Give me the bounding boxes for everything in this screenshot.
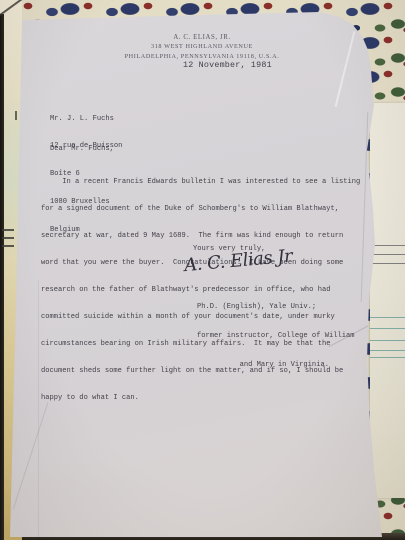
page-edge-mark (15, 111, 17, 120)
letter-date: 12 November, 1981 (183, 60, 272, 70)
paper-crease (38, 280, 39, 538)
page-edge-mark (2, 237, 14, 239)
paper-crease (361, 112, 369, 302)
ruled-line (370, 357, 405, 358)
letterhead: A. C. ELIAS, JR. 318 WEST HIGHLAND AVENU… (8, 33, 396, 61)
ruled-line (370, 317, 405, 318)
page-edge-mark (2, 229, 14, 231)
salutation: Dear Mr. Fuchs, (50, 145, 114, 153)
photo-of-letter: A. C. ELIAS, JR. 318 WEST HIGHLAND AVENU… (0, 0, 405, 540)
ruled-line (370, 340, 405, 341)
letter-sheet: A. C. ELIAS, JR. 318 WEST HIGHLAND AVENU… (8, 12, 396, 537)
body-line: for a signed document of the Duke of Sch… (41, 205, 360, 214)
ruled-line (370, 254, 405, 255)
book-spine-edge (0, 14, 4, 540)
body-line: secretary at war, dated 9 May 1689. The … (41, 232, 360, 241)
ruled-line (370, 263, 405, 264)
ruled-paper-edge (370, 103, 405, 498)
page-edge-mark (2, 245, 14, 247)
ruled-line (370, 245, 405, 246)
body-line: In a recent Francis Edwards bulletin I w… (41, 178, 360, 187)
credentials-line: and Mary in Virginia. (197, 361, 355, 371)
signer-credentials: Ph.D. (English), Yale Univ.; former inst… (197, 283, 355, 391)
ruled-line (370, 328, 405, 329)
body-line: happy to do what I can. (41, 394, 360, 403)
letterhead-street: 318 WEST HIGHLAND AVENUE (8, 42, 396, 51)
credentials-line: former instructor, College of William (197, 332, 355, 342)
credentials-line: Ph.D. (English), Yale Univ.; (197, 303, 355, 313)
letterhead-name: A. C. ELIAS, JR. (8, 33, 396, 42)
ruled-line (370, 350, 405, 351)
recipient-line: Mr. J. L. Fuchs (50, 115, 122, 124)
